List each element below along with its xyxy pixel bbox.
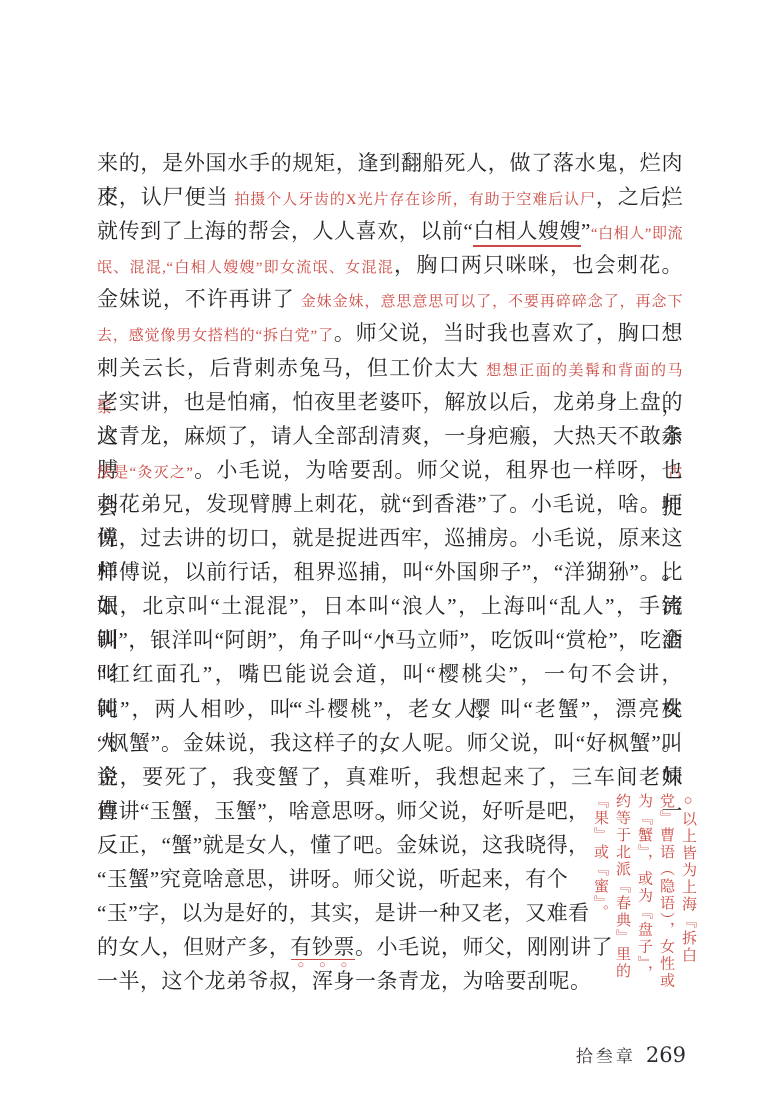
emphasized-term: 有钞票 <box>291 935 356 960</box>
body-text: 皮，认尸便当 <box>97 185 235 209</box>
text-line: 刺关云长，后背刺赤兔马，但工价太大 想想正面的美髯和背面的马鬃， <box>97 351 683 385</box>
body-text: 就传到了上海的帮会，人人喜欢，以前“ <box>97 219 473 243</box>
body-text: ，胸口两只咪咪，也会刺花。 <box>394 253 683 277</box>
body-text: “玉蟹”究竟啥意思，讲呀。师父说，听起来，有个 <box>97 867 568 891</box>
body-text: ” <box>581 219 591 243</box>
margin-note-column: 约等于北派『春典』里的 <box>612 793 632 1005</box>
text-line: 刺花弟兄，发现臂膊上刺花，就“到香港”了。小毛说，啥。师傅 <box>97 487 683 521</box>
text-line: 法是“灸灭之”。小毛说，为啥要刮。师父说，租界也一样呀，也会捉 <box>97 453 683 487</box>
underlined-term: 白相人嫂嫂 <box>473 219 581 247</box>
margin-note-column: 党』曹语（隐语），女性或 <box>656 793 676 1005</box>
inline-annotation: 拍摄个人牙齿的X光片存在诊所，有助于空难后认尸 <box>235 192 596 208</box>
text-line: 师傅说，以前行话，租界巡捕，叫“外国卵子”，“洋猢狲”。比如流 <box>97 555 683 589</box>
text-line: 钝”，两人相吵，叫“斗樱桃”，老女人，叫“老蟹”，漂亮女人，叫 <box>97 692 683 726</box>
margin-note-column: ○以上皆为上海『拆白 <box>678 793 698 1005</box>
body-text: 。小毛说，师父，刚刚讲了 <box>355 935 613 959</box>
margin-note: ○以上皆为上海『拆白党』曹语（隐语），女性或为『蟹』，或为『盘子』，约等于北派『… <box>590 793 698 1005</box>
text-line: 氓、混混,“白相人嫂嫂”即女流氓、女混混，胸口两只咪咪，也会刺花。 <box>97 248 683 282</box>
text-line: 钏”，银洋叫“阿朗”，角子叫“小马立师”，吃饭叫“赏枪”，吃酒叫 <box>97 623 683 657</box>
inline-annotation: 去，感觉像男女搭档的“拆白党”了 <box>97 328 334 344</box>
text-line: 老实讲，也是怕痛，怕夜里老婆吓，解放以后，龙弟身上盘的这条 <box>97 385 683 419</box>
text-line: 去，感觉像男女搭档的“拆白党”了。师父说，当时我也喜欢了，胸口想 <box>97 316 683 350</box>
body-text: 直讲“玉蟹，玉蟹”，啥意思呀。师父说，好听是吧， <box>97 799 590 823</box>
body-text: 一半，这个龙弟爷叔，浑身一条青龙，为啥要刮呢。 <box>97 969 592 993</box>
text-line: 说，要死了，我变蟹了，真难听，我想起来了，三车间老师傅，一 <box>97 760 683 794</box>
body-text: 金妹说，不许再讲了 <box>97 287 301 311</box>
inline-annotation: 金妹金妹，意思意思可以了，不要再碎碎念了，再念下 <box>301 294 683 310</box>
inline-annotation: “白相人”即流 <box>591 226 683 242</box>
book-page: 来的，是外国水手的规矩，逢到翻船死人，做了落水鬼，烂肉不烂皮，认尸便当 拍摄个人… <box>0 0 778 1112</box>
text-line: 就传到了上海的帮会，人人喜欢，以前“白相人嫂嫂”“白相人”即流 <box>97 214 683 248</box>
page-footer: 拾叁章 269 <box>576 1042 686 1067</box>
body-text: 反正，“蟹”就是女人，懂了吧。金妹说，这我晓得， <box>97 833 590 857</box>
body-text: 。师父说，当时我也喜欢了，胸口想 <box>334 321 683 345</box>
body-text: 的女人，但财产多， <box>97 935 291 959</box>
text-line: 说，过去讲的切口，就是捉进西牢，巡捕房。小毛说，原来这样。 <box>97 521 683 555</box>
body-text: ，之后， <box>596 185 683 209</box>
body-text: 刺关云长，后背刺赤兔马，但工价太大 <box>97 356 486 380</box>
text-line: “红红面孔”，嘴巴能说会道，叫“樱桃尖”，一句不会讲，叫“樱桃 <box>97 657 683 691</box>
text-line: 金妹说，不许再讲了 金妹金妹，意思意思可以了，不要再碎碎念了，再念下 <box>97 282 683 316</box>
inline-annotation: 氓、混混,“白相人嫂嫂”即女流氓、女混混 <box>97 260 394 276</box>
margin-note-column: 『果』或『蜜』。 <box>590 793 610 1005</box>
text-line: 氓，北京叫“土混混”，日本叫“浪人”，上海叫“乱人”，手铐叫“金 <box>97 589 683 623</box>
page-number: 269 <box>646 1043 686 1067</box>
text-line: “枫蟹”。金妹说，我这样子的女人呢。师父说，叫“好枫蟹”。金妹 <box>97 726 683 760</box>
text-line: 来的，是外国水手的规矩，逢到翻船死人，做了落水鬼，烂肉不烂 <box>97 146 683 180</box>
inline-annotation: 法是“灸灭之” <box>97 465 193 481</box>
text-line: 皮，认尸便当 拍摄个人牙齿的X光片存在诊所，有助于空难后认尸，之后， <box>97 180 683 214</box>
chapter-label: 拾叁章 <box>576 1042 636 1067</box>
margin-note-column: 为『蟹』，或为『盘子』， <box>634 793 654 1005</box>
text-line: 大青龙，麻烦了，请人全部刮清爽，一身疤瘢，大热天不敢赤膊 古 <box>97 419 683 453</box>
body-text: “玉”字，以为是好的，其实，是讲一种又老，又难看 <box>97 901 590 925</box>
